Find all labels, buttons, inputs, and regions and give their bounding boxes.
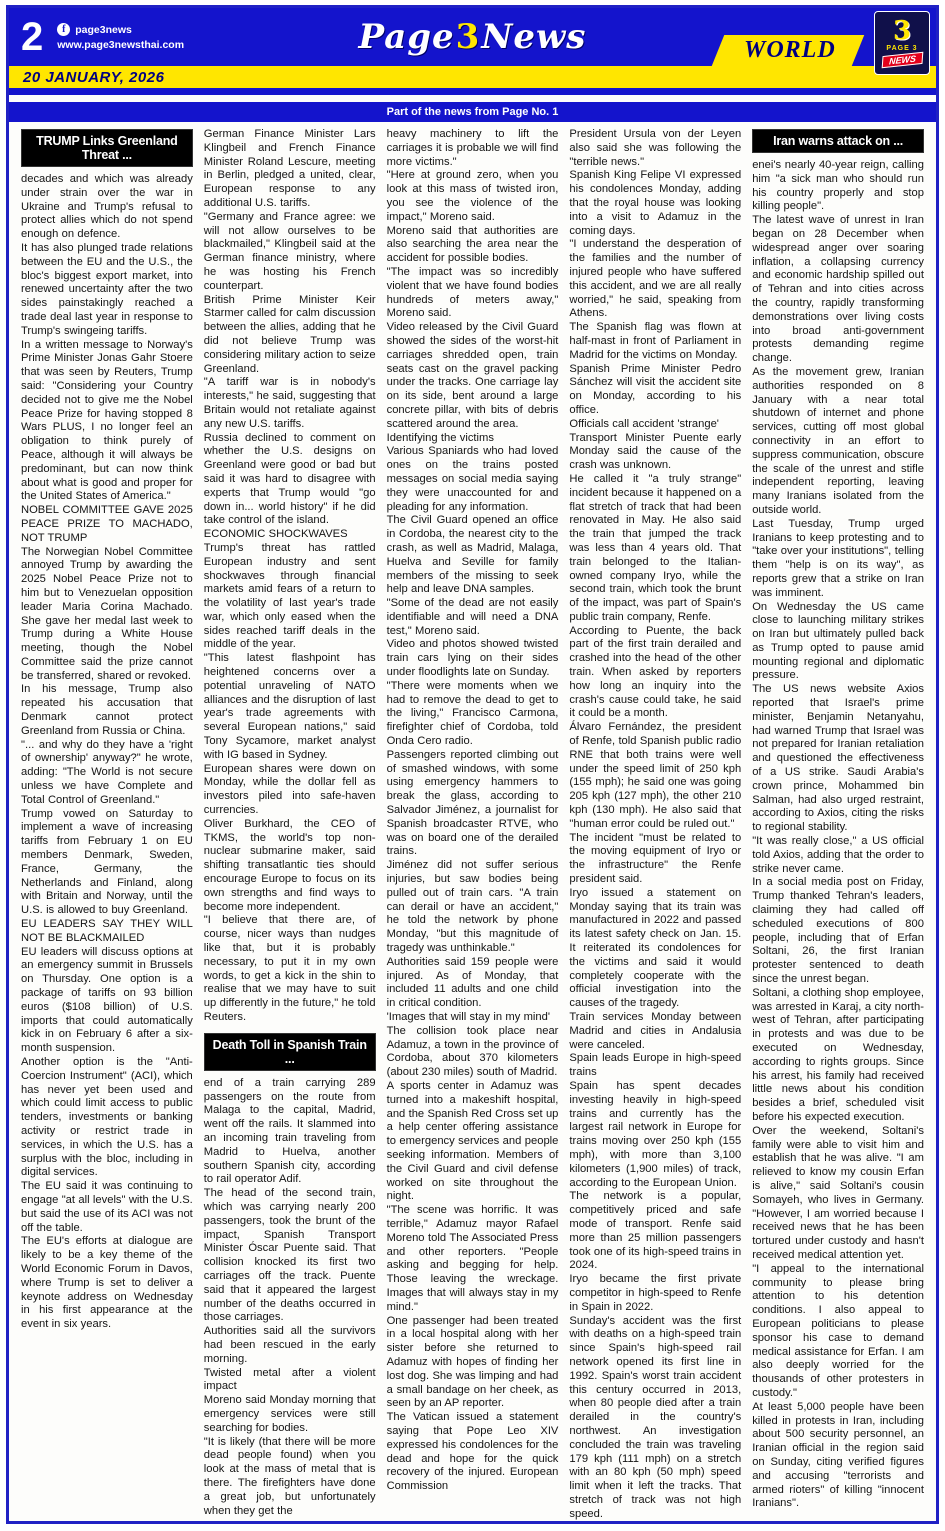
article-columns: TRUMP Links Greenland Threat ... decades… [9,122,936,1521]
section-band: WORLD [712,35,864,66]
paragraph: EU LEADERS SAY THEY WILL NOT BE BLACKMAI… [21,918,193,946]
paragraph: "It is likely (that there will be more d… [204,1436,376,1519]
paragraph: "I believe that there are, of course, ni… [204,914,376,1024]
paragraph: "The scene was horrific. It was terrible… [387,1204,559,1314]
facebook-icon: f [57,23,70,36]
paragraph: end of a train carrying 289 passengers o… [204,1077,376,1187]
paragraph: The network is a popular, competitively … [569,1190,741,1273]
column-1: TRUMP Links Greenland Threat ... decades… [21,128,193,1515]
paragraph: Oliver Burkhard, the CEO of TKMS, the wo… [204,818,376,915]
paragraph: Train services Monday between Madrid and… [569,1011,741,1052]
paragraph: A sports center in Adamuz was turned int… [387,1080,559,1204]
paragraph: EU leaders will discuss options at an em… [21,946,193,1056]
paragraph: "The impact was so incredibly violent th… [387,266,559,321]
paragraph: enei's nearly 40-year reign, calling him… [752,159,924,214]
paragraph: Twisted metal after a violent impact [204,1367,376,1395]
paragraph: The head of the second train, which was … [204,1187,376,1325]
paragraph: President Ursula von der Leyen also said… [569,128,741,169]
paragraph: On Wednesday the US came close to launch… [752,601,924,684]
paragraph: "This latest flashpoint has heightened c… [204,652,376,762]
subheader-text: Part of the news from Page No. 1 [387,106,559,118]
paragraph: Authorities said 159 people were injured… [387,956,559,1011]
masthead-part1: Page [359,17,455,57]
column-5: Iran warns attack on ... enei's nearly 4… [752,128,924,1515]
paragraph: Officials call accident 'strange' [569,418,741,432]
paragraph: At least 5,000 people have been killed i… [752,1401,924,1511]
paragraph: In a social media post on Friday, Trump … [752,876,924,986]
paragraph: heavy machinery to lift the carriages it… [387,128,559,169]
paragraph: The Spanish flag was flown at half-mast … [569,321,741,362]
article-text-col2-top: German Finance Minister Lars Klingbeil a… [204,128,376,1025]
paragraph: The EU said it was continuing to engage … [21,1180,193,1235]
column-3: heavy machinery to lift the carriages it… [387,128,559,1515]
paragraph: The collision took place near Adamuz, a … [387,1025,559,1080]
paragraph: "It was really close," a US official tol… [752,835,924,876]
column-4: President Ursula von der Leyen also said… [569,128,741,1515]
divider-bar [9,88,936,95]
paragraph: Spain has spent decades investing heavil… [569,1080,741,1190]
header-banner: 2 f page3news www.page3newsthai.com Page… [9,8,936,66]
newspaper-page: 2 f page3news www.page3newsthai.com Page… [6,5,939,1524]
spacer [9,95,936,102]
paragraph: It has also plunged trade relations betw… [21,242,193,339]
paragraph: The latest wave of unrest in Iran began … [752,214,924,366]
page-number: 2 [9,17,57,57]
column-2: German Finance Minister Lars Klingbeil a… [204,128,376,1515]
paragraph: "There were moments when we had to remov… [387,680,559,749]
website-url[interactable]: www.page3newsthai.com [57,39,184,51]
paragraph: Trump vowed on Saturday to implement a w… [21,808,193,918]
paragraph: Soltani, a clothing shop employee, was a… [752,987,924,1125]
logo-page3-label: PAGE 3 [886,45,917,52]
paragraph: In his message, Trump also repeated his … [21,683,193,738]
article-text-col1: decades and which was already under stra… [21,173,193,1332]
paragraph: NOBEL COMMITTEE GAVE 2025 PEACE PRIZE TO… [21,504,193,545]
paragraph: Video released by the Civil Guard showed… [387,321,559,431]
paragraph: Iryo became the first private competitor… [569,1273,741,1314]
paragraph: In a written message to Norway's Prime M… [21,339,193,505]
section-label: WORLD [744,37,836,64]
paragraph: The incident "must be related to the mov… [569,832,741,887]
paragraph: One passenger had been treated in a loca… [387,1315,559,1412]
article-text-col3: heavy machinery to lift the carriages it… [387,128,559,1494]
paragraph: Authorities said all the survivors had b… [204,1325,376,1366]
paragraph: Another option is the "Anti-Coercion Ins… [21,1056,193,1180]
paragraph: "Here at ground zero, when you look at t… [387,169,559,224]
paragraph: Identifying the victims [387,432,559,446]
issue-date: 20 JANUARY, 2026 [9,69,164,86]
paragraph: According to Puente, the back part of th… [569,625,741,722]
paragraph: Video and photos showed twisted train ca… [387,638,559,679]
article-text-col5: enei's nearly 40-year reign, calling him… [752,159,924,1511]
masthead-part2: 3 [455,17,482,57]
paragraph: Passengers reported climbing out of smas… [387,749,559,859]
paragraph: "Some of the dead are not easily identif… [387,597,559,638]
paragraph: As the movement grew, Iranian authoritie… [752,366,924,518]
paragraph: Last Tuesday, Trump urged Iranians to ke… [752,518,924,601]
paragraph: "A tariff war is in nobody's interests,"… [204,376,376,431]
article-text-col4: President Ursula von der Leyen also said… [569,128,741,1521]
headline-iran-warns[interactable]: Iran warns attack on ... [752,129,924,153]
paragraph: 'Images that will stay in my mind' [387,1011,559,1025]
paragraph: The Civil Guard opened an office in Cord… [387,514,559,597]
paragraph: Over the weekend, Soltani's family were … [752,1125,924,1263]
date-strip: 20 JANUARY, 2026 [9,66,936,88]
facebook-handle: page3news [75,24,132,36]
paragraph: Iryo issued a statement on Monday saying… [569,887,741,1011]
paragraph: He called it "a truly strange" incident … [569,473,741,625]
paragraph: Álvaro Fernández, the president of Renfe… [569,721,741,831]
masthead-part3: News [481,17,586,57]
paragraph: The Vatican issued a statement saying th… [387,1411,559,1494]
paragraph: Sunday's accident was the first with dea… [569,1315,741,1521]
paragraph: "I appeal to the international community… [752,1263,924,1401]
paragraph: Jiménez did not suffer serious injuries,… [387,859,559,956]
paragraph: Trump's threat has rattled European indu… [204,542,376,652]
paragraph: Various Spaniards who had loved ones on … [387,445,559,514]
paragraph: British Prime Minister Keir Starmer call… [204,294,376,377]
logo-3-glyph: 3 [893,20,911,43]
page3-logo: 3 PAGE 3 NEWS [874,11,930,75]
paragraph: Transport Minister Puente early Monday s… [569,432,741,473]
paragraph: "... and why do they have a 'right of ow… [21,739,193,808]
contact-block: f page3news www.page3newsthai.com [57,23,184,51]
paragraph: Moreno said that authorities are also se… [387,225,559,266]
paragraph: Moreno said Monday morning that emergenc… [204,1394,376,1435]
paragraph: "Germany and France agree: we will not a… [204,211,376,294]
paragraph: Spain leads Europe in high-speed trains [569,1052,741,1080]
paragraph: The EU's efforts at dialogue are likely … [21,1235,193,1332]
paragraph: decades and which was already under stra… [21,173,193,242]
paragraph: Russia declined to comment on whether th… [204,432,376,529]
subheader-bar: Part of the news from Page No. 1 [9,102,936,122]
paragraph: "I understand the desperation of the fam… [569,238,741,321]
paragraph: ECONOMIC SHOCKWAVES [204,528,376,542]
paragraph: The Norwegian Nobel Committee annoyed Tr… [21,546,193,684]
paragraph: Spanish King Felipe VI expressed his con… [569,169,741,238]
headline-trump-greenland[interactable]: TRUMP Links Greenland Threat ... [21,129,193,167]
logo-news-ribbon: NEWS [881,51,923,67]
article-text-col2-bottom: end of a train carrying 289 passengers o… [204,1077,376,1519]
headline-spanish-train[interactable]: Death Toll in Spanish Train ... [204,1033,376,1071]
paragraph: European shares were down on Monday, whi… [204,763,376,818]
paragraph: Spanish Prime Minister Pedro Sánchez wil… [569,363,741,418]
paragraph: German Finance Minister Lars Klingbeil a… [204,128,376,211]
paragraph: The US news website Axios reported that … [752,683,924,835]
